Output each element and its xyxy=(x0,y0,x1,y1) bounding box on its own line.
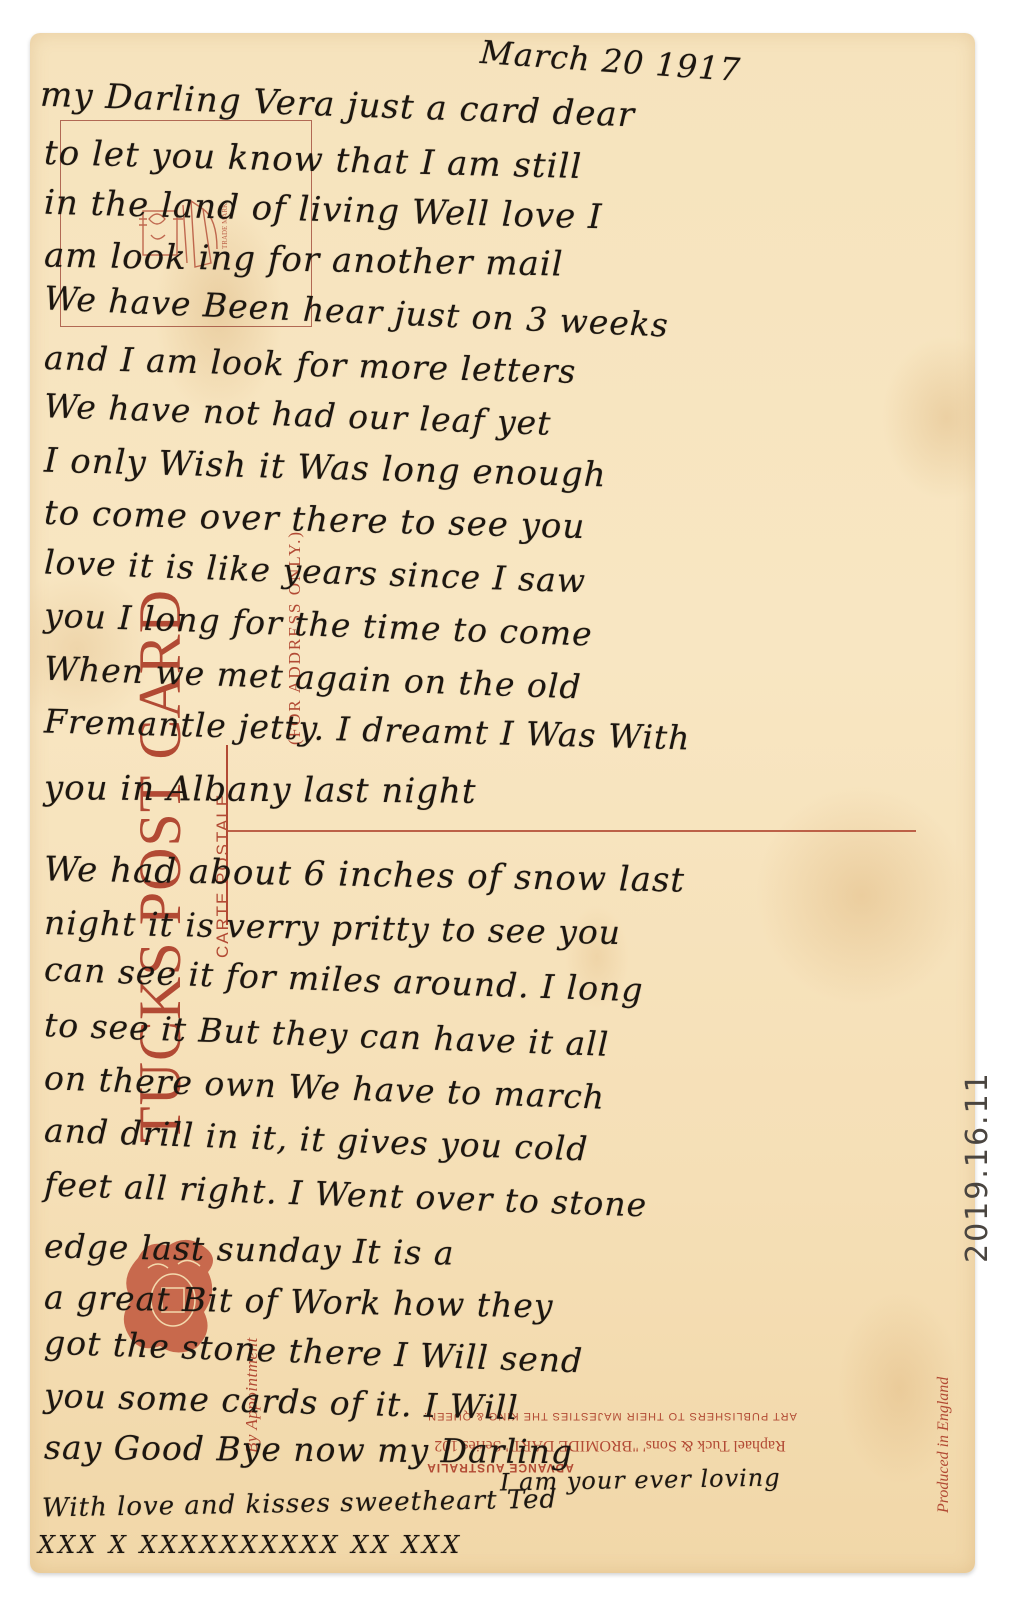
letter-line: and I am look for more letters xyxy=(44,341,577,388)
letter-signoff: With love and kisses sweetheart Ted xyxy=(42,1487,558,1522)
letter-line: We have Been hear just on 3 weeks xyxy=(44,281,670,341)
letter-line: am look ing for another mail xyxy=(44,238,564,281)
letter-line: When we met again on the old xyxy=(44,652,583,704)
archive-number: 2019.16.11 xyxy=(960,1071,995,1263)
letter-line: I only Wish it Was long enough xyxy=(44,444,607,493)
postcard: TRADE MARK TUCKS POST CARD CARTE POSTALE… xyxy=(30,33,975,1573)
address-line xyxy=(226,830,916,832)
letter-line: We had about 6 inches of snow last xyxy=(44,852,686,897)
letter-line: to come over there to see you xyxy=(44,496,586,544)
letter-date: March 20 1917 xyxy=(479,36,742,86)
produced-in-label: Produced in England xyxy=(935,1377,953,1513)
letter-line: feet all right. I Went over to stone xyxy=(44,1167,648,1221)
letter-line: night it is verry pritty to see you xyxy=(44,906,622,949)
letter-line: and drill in it, it gives you cold xyxy=(44,1114,589,1166)
letter-line: a great Bit of Work how they xyxy=(44,1281,554,1323)
letter-line: We have not had our leaf yet xyxy=(44,389,552,440)
letter-line: edge last sunday It is a xyxy=(44,1229,455,1269)
letter-line: you some cards of it. I Will xyxy=(44,1379,519,1424)
letter-kisses: XXX X XXXXXXXXXX XX XXX xyxy=(38,1533,462,1557)
letter-line: love it is like years since I saw xyxy=(44,546,587,598)
letter-line: got the stone there I Will send xyxy=(44,1326,584,1378)
letter-line: say Good Bye now my Darling xyxy=(44,1431,573,1469)
letter-line: you in Albany last night xyxy=(44,771,477,809)
